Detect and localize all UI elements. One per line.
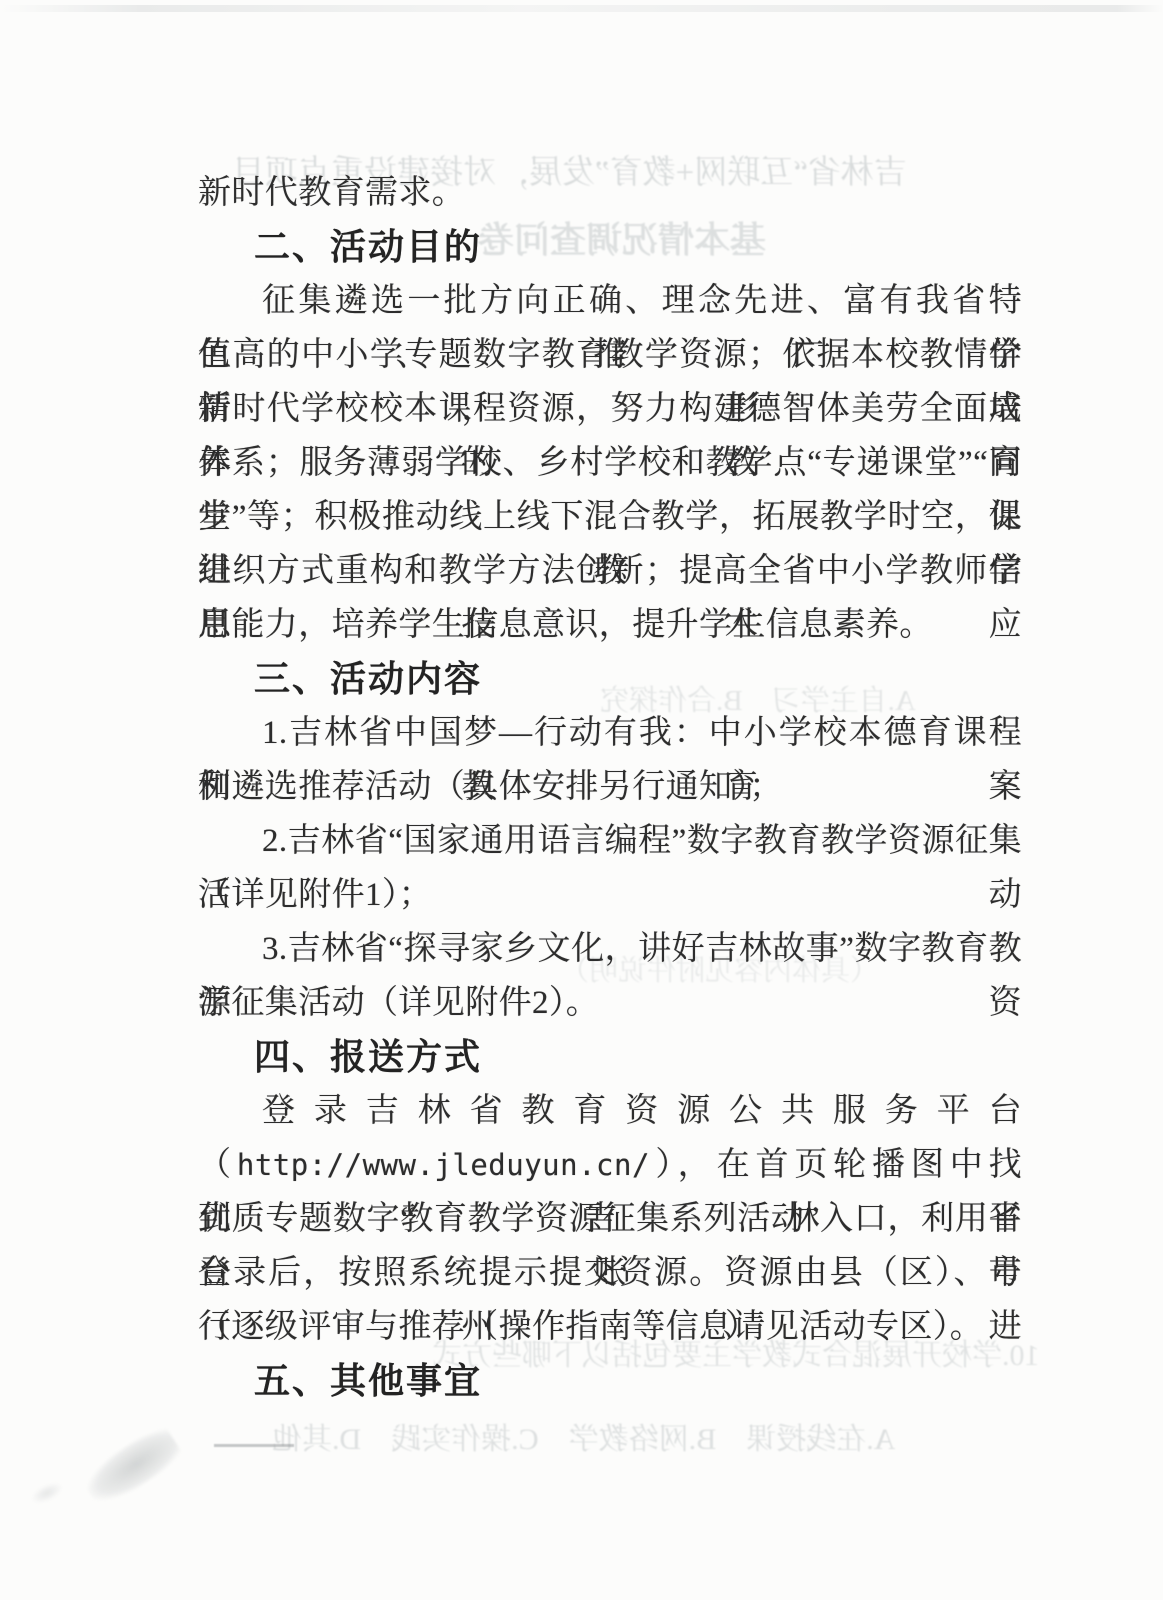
paren-open: （: [198, 1147, 237, 1183]
body-line-with-url: （http://www.jleduyun.cn/），在首页轮播图中找到“吉林省: [198, 1138, 1022, 1192]
list-item-1-line: 1.吉林省中国梦—行动有我：中小学校本德育课程和教育案: [198, 706, 1022, 760]
body-line: 新时代学校校本课程资源，努力构建德智体美劳全面培养的教育: [198, 382, 1022, 436]
bleedthrough-underline: [214, 1444, 294, 1447]
scanner-edge-artifact: [0, 5, 1163, 12]
body-line: 用能力，培养学生信息意识，提升学生信息素养。: [198, 598, 1022, 652]
body-line: 登录后，按照系统提示提交资源。资源由县（区）、市（州）进: [198, 1246, 1022, 1300]
body-line: 优质专题数字教育教学资源征集系列活动”入口，利用平台账号: [198, 1192, 1022, 1246]
pencil-smudge: [79, 1422, 186, 1512]
list-item-2-line: 2.吉林省“国家通用语言编程”数字教育教学资源征集活动: [198, 814, 1022, 868]
section-heading-5: 五、其他事宜: [198, 1354, 1022, 1408]
section-heading-4: 四、报送方式: [198, 1030, 1022, 1084]
body-line-spread: 登录吉林省教育资源公共服务平台: [198, 1084, 1022, 1138]
body-line: 堂”等；积极推动线上线下混合教学，拓展教学时空，促进教学: [198, 490, 1022, 544]
scanned-document-page: 吉林省“互联网+教育”发展，对接建设重点项目 基本情况调查问卷 A.自主学习 B…: [0, 0, 1163, 1600]
section-heading-2: 二、活动目的: [198, 220, 1022, 274]
list-item-3-line: 3.吉林省“探寻家乡文化，讲好吉林故事”数字教育教学资: [198, 922, 1022, 976]
platform-url: http://www.jleduyun.cn/: [237, 1148, 650, 1182]
paragraph-tail-line: 新时代教育需求。: [198, 166, 1022, 220]
body-line: 体系；服务薄弱学校、乡村学校和教学点“专递课堂”“同步课: [198, 436, 1022, 490]
pencil-smudge-small: [28, 1479, 66, 1508]
section-heading-3: 三、活动内容: [198, 652, 1022, 706]
document-body: 新时代教育需求。 二、活动目的 征集遴选一批方向正确、理念先进、富有我省特色、推…: [198, 166, 1022, 1408]
body-line: 值高的中小学专题数字教育教学资源；依据本校教情学情，形成: [198, 328, 1022, 382]
body-line: 组织方式重构和教学方法创新；提高全省中小学教师信息技术应: [198, 544, 1022, 598]
body-line: 征集遴选一批方向正确、理念先进、富有我省特色、推广价: [198, 274, 1022, 328]
bleedthrough-line: A.在线授课 B.网络教学 C.操作实践 D.其他: [272, 1414, 895, 1458]
body-line: 行逐级评审与推荐（操作指南等信息请见活动专区）。: [198, 1300, 1022, 1354]
